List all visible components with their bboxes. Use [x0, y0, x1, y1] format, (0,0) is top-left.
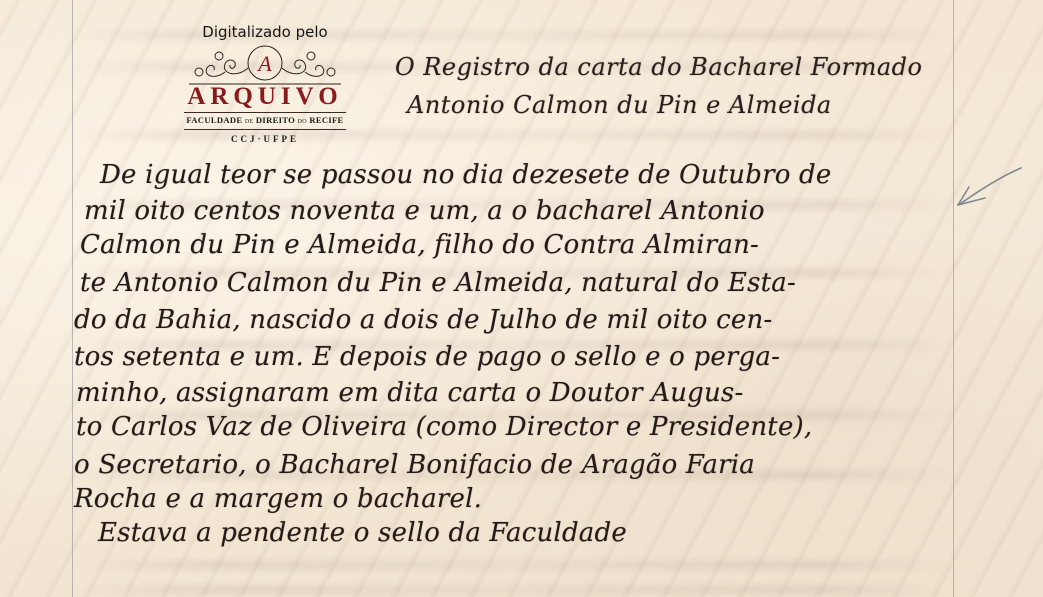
body-line: Rocha e a margem o bacharel. — [74, 484, 482, 514]
heading-line: O Registro da carta do Bacharel Formado — [395, 48, 955, 86]
body-line: do da Bahia, nascido a dois de Julho de … — [74, 305, 772, 335]
document-heading: O Registro da carta do Bacharel Formado … — [395, 48, 955, 124]
body-line: Estava a pendente o sello da Faculdade — [98, 518, 627, 548]
pencil-check-mark-icon — [955, 165, 1025, 215]
svg-text:A: A — [256, 51, 272, 76]
body-line: mil oito centos noventa e um, a o bachar… — [84, 196, 765, 226]
body-line: o Secretario, o Bacharel Bonifacio de Ar… — [74, 450, 755, 480]
body-line: tos setenta e um. E depois de pago o sel… — [74, 342, 780, 372]
watermark-institution: FACULDADE DE DIREITO DO RECIFE — [184, 112, 346, 130]
watermark-archive-name: ARQUIVO — [180, 84, 350, 110]
left-margin-rule — [72, 0, 73, 597]
watermark-affiliation: CCJ·UFPE — [180, 132, 350, 146]
body-line: Calmon du Pin e Almeida, filho do Contra… — [80, 230, 759, 260]
heading-line: Antonio Calmon du Pin e Almeida — [395, 86, 955, 124]
body-line: De igual teor se passou no dia dezesete … — [100, 160, 831, 190]
archive-watermark-logo: Digitalizado pelo A ARQUIVO FACULDADE DE… — [180, 22, 350, 146]
body-line: minho, assignaram em dita carta o Doutor… — [76, 378, 743, 408]
watermark-title: Digitalizado pelo — [180, 22, 350, 42]
body-line: to Carlos Vaz de Oliveira (como Director… — [76, 412, 812, 442]
body-line: te Antonio Calmon du Pin e Almeida, natu… — [80, 268, 796, 298]
ornamental-emblem-icon: A — [185, 44, 345, 86]
